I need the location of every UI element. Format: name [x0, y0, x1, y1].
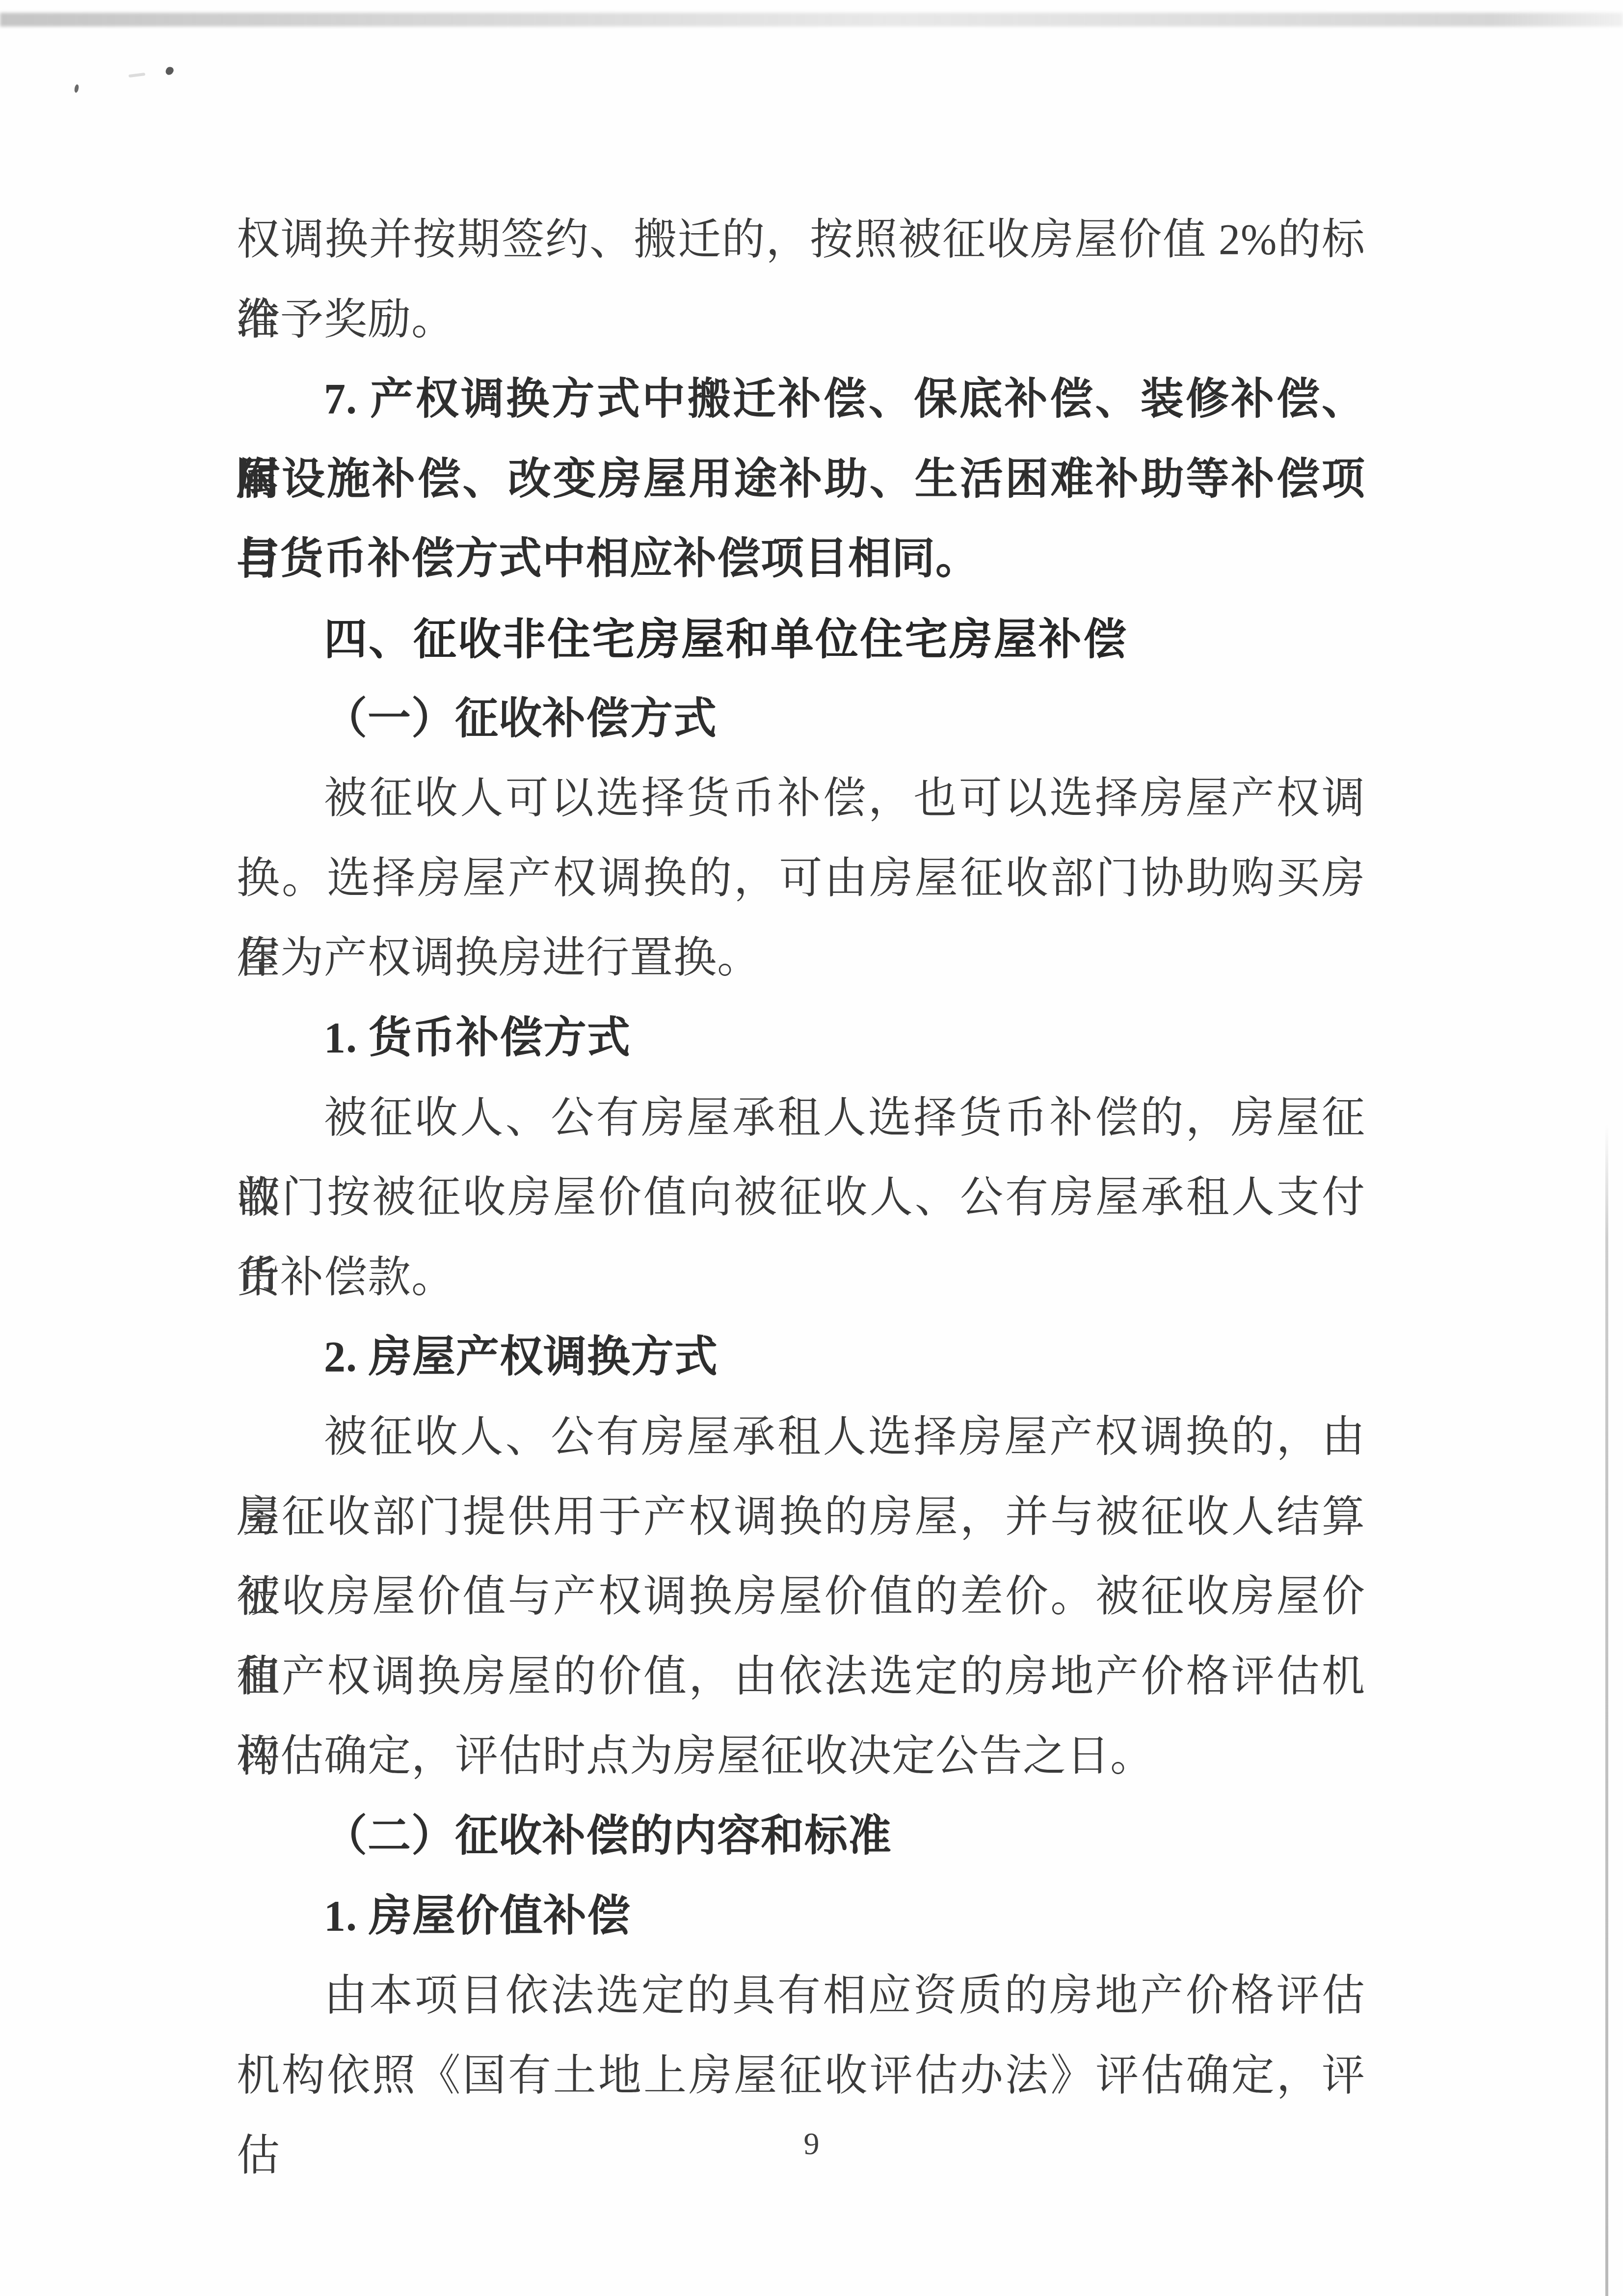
text-line: 换。选择房屋产权调换的，可由房屋征收部门协助购买房屋	[237, 838, 1365, 918]
text-line: 币补偿款。	[237, 1238, 1365, 1318]
page-number: 9	[0, 2122, 1623, 2166]
ink-smudge	[129, 73, 145, 78]
ink-speck	[164, 66, 175, 77]
item-heading: 1. 房屋价值补偿	[237, 1876, 1365, 1956]
text-line: 与货币补偿方式中相应补偿项目相同。	[237, 519, 1365, 599]
item-heading: 1. 货币补偿方式	[237, 998, 1365, 1078]
subsection-heading: （二）征收补偿的内容和标准	[237, 1796, 1365, 1876]
ink-speck	[74, 84, 79, 93]
item-heading: 2. 房屋产权调换方式	[237, 1317, 1365, 1397]
text-line: 被征收人、公有房屋承租人选择房屋产权调换的，由房	[237, 1397, 1365, 1477]
text-line: 部门按被征收房屋价值向被征收人、公有房屋承租人支付货	[237, 1158, 1365, 1238]
text-line: 和产权调换房屋的价值，由依法选定的房地产价格评估机构	[237, 1637, 1365, 1717]
scan-artifact-top-edge	[0, 13, 1623, 27]
text-line: 被征收人可以选择货币补偿，也可以选择房屋产权调	[237, 758, 1365, 838]
text-line: 屋征收部门提供用于产权调换的房屋，并与被征收人结算被	[237, 1477, 1365, 1557]
text-line: 给予奖励。	[237, 280, 1365, 360]
text-line: 由本项目依法选定的具有相应资质的房地产价格评估	[237, 1956, 1365, 2036]
text-line: 被征收人、公有房屋承租人选择货币补偿的，房屋征收	[237, 1078, 1365, 1158]
text-line: 机构依照《国有土地上房屋征收评估办法》评估确定，评估	[237, 2036, 1365, 2116]
text-line: 权调换并按期签约、搬迁的，按照被征收房屋价值 2%的标准	[237, 200, 1365, 280]
text-line: 7. 产权调换方式中搬迁补偿、保底补偿、装修补偿、附	[237, 359, 1365, 439]
scan-artifact-right-edge	[1605, 1124, 1608, 2296]
text-line: 作为产权调换房进行置换。	[237, 918, 1365, 998]
document-page: 权调换并按期签约、搬迁的，按照被征收房屋价值 2%的标准 给予奖励。 7. 产权…	[0, 0, 1623, 2296]
text-line: 征收房屋价值与产权调换房屋价值的差价。被征收房屋价值	[237, 1557, 1365, 1637]
section-heading: 四、征收非住宅房屋和单位住宅房屋补偿	[237, 599, 1365, 679]
subsection-heading: （一）征收补偿方式	[237, 679, 1365, 759]
text-line: 属设施补偿、改变房屋用途补助、生活困难补助等补偿项目	[237, 439, 1365, 519]
text-line: 评估确定，评估时点为房屋征收决定公告之日。	[237, 1716, 1365, 1796]
